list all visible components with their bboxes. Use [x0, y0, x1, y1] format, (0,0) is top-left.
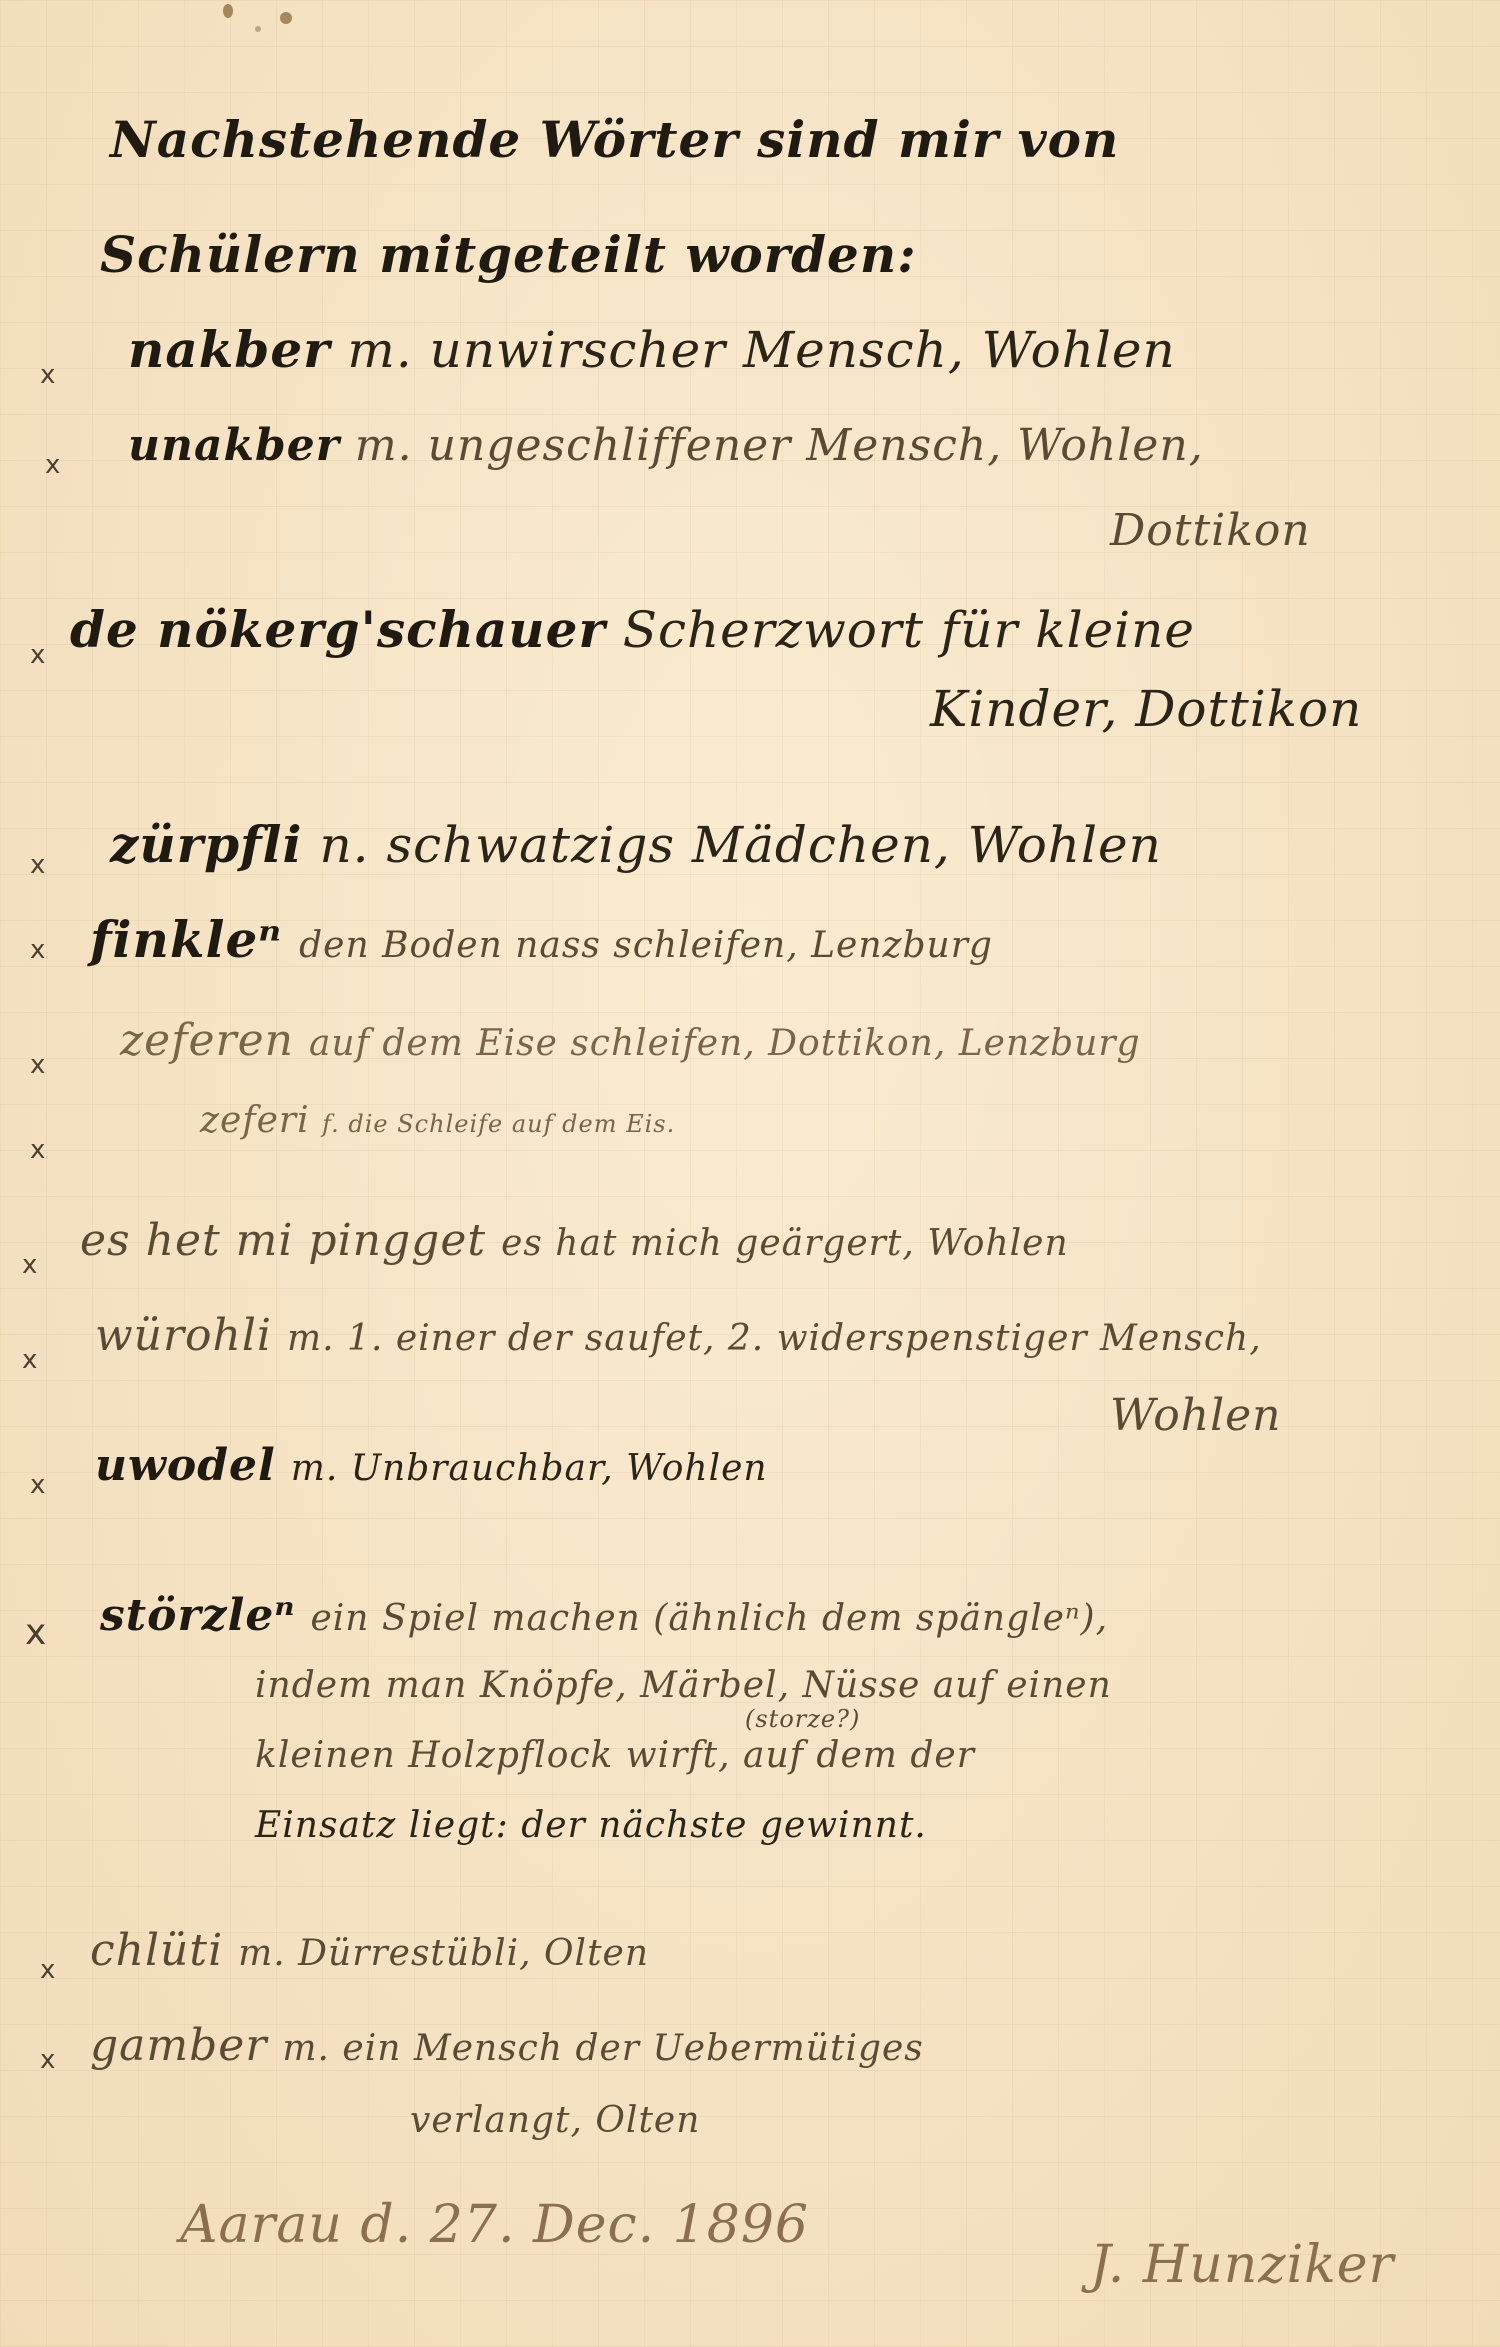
headword: zeferi: [200, 1100, 310, 1141]
gloss: Scherzwort für kleine: [623, 601, 1195, 659]
headword: chlüti: [90, 1925, 223, 1976]
entry-chlueti: chlüti m. Dürrestübli, Olten: [90, 1925, 649, 1976]
gloss: m. unwirscher Mensch, Wohlen: [347, 321, 1175, 379]
check-mark: x: [30, 640, 45, 670]
intro-line-2: Schülern mitgeteilt worden:: [100, 225, 917, 284]
entry-wuerohli: würohli m. 1. einer der saufet, 2. wider…: [95, 1310, 1262, 1361]
check-mark: x: [40, 1955, 55, 1985]
gloss: es hat mich geärgert, Wohlen: [501, 1223, 1069, 1264]
entry-wuerohli-cont: Wohlen: [1110, 1390, 1282, 1441]
headword: es het mi pingget: [80, 1215, 486, 1266]
entry-stoerzlen-cont-2: kleinen Holzpflock wirft, auf dem der: [255, 1735, 975, 1776]
entry-uwodel: uwodel m. Unbrauchbar, Wohlen: [95, 1440, 768, 1491]
entry-stoerzlen-cont-1: indem man Knöpfe, Märbel, Nüsse auf eine…: [255, 1665, 1112, 1706]
gloss: ein Spiel machen (ähnlich dem spängleⁿ),: [310, 1598, 1108, 1639]
check-mark: x: [22, 1250, 37, 1280]
check-mark: x: [22, 1345, 37, 1375]
check-mark: x: [40, 2045, 55, 2075]
entry-unakber-cont: Dottikon: [1110, 505, 1311, 556]
headword: störzleⁿ: [100, 1590, 295, 1641]
gloss: f. die Schleife auf dem Eis.: [322, 1110, 675, 1138]
gloss: auf dem Eise schleifen, Dottikon, Lenzbu…: [309, 1023, 1141, 1064]
check-mark: x: [45, 450, 60, 480]
headword: nakber: [128, 320, 331, 379]
ink-spot: [255, 26, 261, 32]
annotation-storze: (storze?): [745, 1705, 860, 1733]
gloss: m. ungeschliffener Mensch, Wohlen,: [355, 420, 1204, 471]
signature: J. Hunziker: [1090, 2235, 1394, 2295]
entry-nakber: nakber m. unwirscher Mensch, Wohlen: [128, 320, 1176, 379]
entry-stoerzlen-cont-3: Einsatz liegt: der nächste gewinnt.: [255, 1805, 927, 1846]
gloss: m. Unbrauchbar, Wohlen: [291, 1448, 768, 1489]
headword: gamber: [90, 2020, 267, 2071]
check-mark: x: [30, 1135, 45, 1165]
entry-unakber: unakber m. ungeschliffener Mensch, Wohle…: [128, 420, 1204, 471]
ink-spot: [223, 4, 233, 18]
headword: zürpfli: [110, 815, 303, 874]
headword: würohli: [95, 1310, 272, 1361]
headword: uwodel: [95, 1440, 276, 1491]
headword: zeferen: [120, 1015, 294, 1066]
gloss: m. ein Mensch der Uebermütiges: [282, 2028, 923, 2069]
entry-noekergschauer-cont: Kinder, Dottikon: [930, 680, 1362, 738]
intro-line-1: Nachstehende Wörter sind mir von: [110, 110, 1119, 169]
manuscript-page: Nachstehende Wörter sind mir von Schüler…: [0, 0, 1500, 2347]
gloss: m. 1. einer der saufet, 2. widerspenstig…: [287, 1318, 1262, 1359]
check-mark: x: [40, 360, 55, 390]
gloss: n. schwatzigs Mädchen, Wohlen: [319, 816, 1161, 874]
entry-pingget: es het mi pingget es hat mich geärgert, …: [80, 1215, 1069, 1266]
place-date: Aarau d. 27. Dec. 1896: [180, 2195, 809, 2255]
entry-finklen: finkleⁿ den Boden nass schleifen, Lenzbu…: [90, 910, 993, 969]
check-mark: x: [30, 1050, 45, 1080]
entry-zeferi: zeferi f. die Schleife auf dem Eis.: [200, 1100, 675, 1141]
entry-zeferen: zeferen auf dem Eise schleifen, Dottikon…: [120, 1015, 1141, 1066]
entry-gamber-cont: verlangt, Olten: [410, 2100, 700, 2141]
check-mark: x: [30, 1470, 45, 1500]
headword: unakber: [128, 420, 340, 471]
check-mark: x: [30, 850, 45, 880]
entry-gamber: gamber m. ein Mensch der Uebermütiges: [90, 2020, 924, 2071]
headword: de nökerg'schauer: [70, 600, 606, 659]
gloss: m. Dürrestübli, Olten: [238, 1933, 649, 1974]
entry-zuerpfli: zürpfli n. schwatzigs Mädchen, Wohlen: [110, 815, 1162, 874]
check-mark: x: [30, 935, 45, 965]
entry-noekergschauer: de nökerg'schauer Scherzwort für kleine: [70, 600, 1195, 659]
check-mark: x: [25, 1612, 46, 1653]
gloss: den Boden nass schleifen, Lenzburg: [299, 925, 993, 966]
ink-spot: [280, 12, 292, 24]
entry-stoerzlen: störzleⁿ ein Spiel machen (ähnlich dem s…: [100, 1590, 1108, 1641]
headword: finkleⁿ: [90, 910, 282, 969]
